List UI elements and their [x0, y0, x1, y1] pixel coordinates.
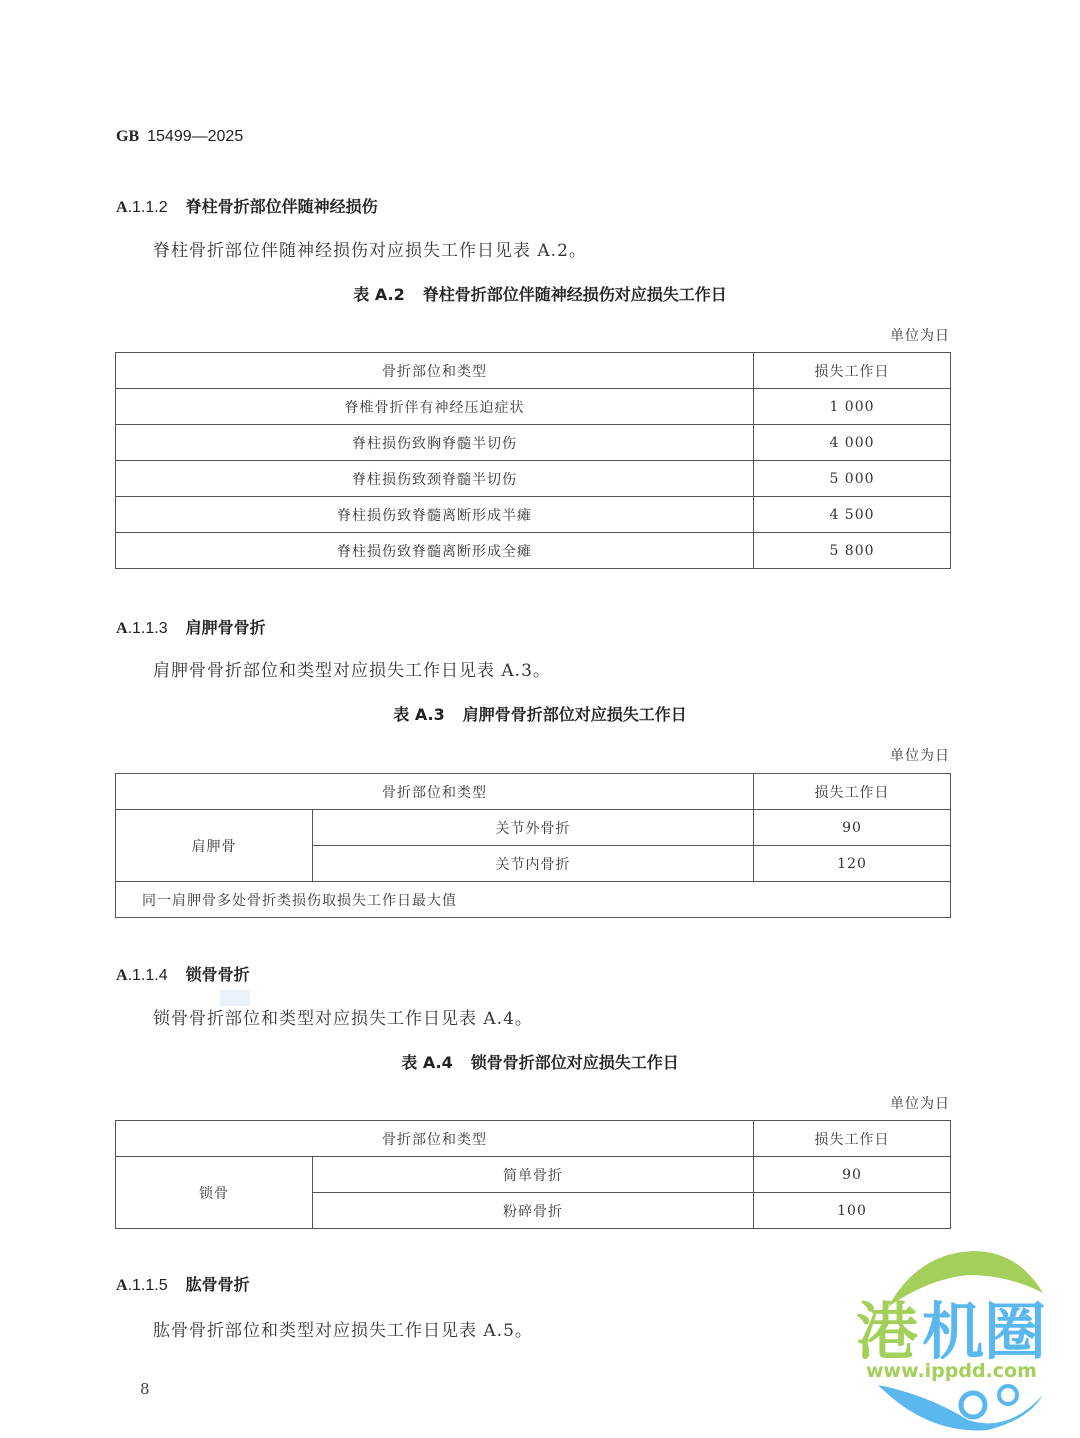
table-header-row: 骨折部位和类型 损失工作日	[116, 1121, 951, 1157]
table-row: 脊柱损伤致脊髓离断形成全瘫5 800	[116, 533, 951, 569]
page-number: 8	[140, 1380, 150, 1398]
table-title: 表 A.4锁骨骨折部位对应损失工作日	[0, 1050, 1080, 1073]
table-row: 脊柱损伤致脊髓离断形成半瘫4 500	[116, 497, 951, 533]
section-paragraph: 锁骨骨折部位和类型对应损失工作日见表 A.4。	[153, 1004, 533, 1029]
table-note-row: 同一肩胛骨多处骨折类损伤取损失工作日最大值	[116, 882, 951, 918]
table-row: 脊柱损伤致颈脊髓半切伤5 000	[116, 461, 951, 497]
table-row: 脊柱损伤致胸脊髓半切伤4 000	[116, 425, 951, 461]
svg-text:港: 港	[856, 1295, 918, 1368]
section-heading: A.1.1.3肩胛骨骨折	[116, 615, 266, 638]
section-heading: A.1.1.4锁骨骨折	[116, 962, 250, 985]
table-header-row: 骨折部位和类型 损失工作日	[116, 353, 951, 389]
ippdd-logo: 港 机圈 www.ippdd.com	[848, 1245, 1076, 1435]
table-unit: 单位为日	[890, 1093, 950, 1113]
section-heading: A.1.1.5肱骨骨折	[116, 1272, 250, 1295]
section-paragraph: 肩胛骨骨折部位和类型对应损失工作日见表 A.3。	[153, 656, 551, 681]
logo-graphic-icon: 港 机圈 www.ippdd.com	[848, 1245, 1076, 1435]
table-row: 肩胛骨 关节外骨折 90	[116, 810, 951, 846]
table-unit: 单位为日	[890, 745, 950, 765]
table-a2: 骨折部位和类型 损失工作日 脊椎骨折伴有神经压迫症状1 000 脊柱损伤致胸脊髓…	[115, 352, 951, 569]
section-heading: A.1.1.2脊柱骨折部位伴随神经损伤	[116, 194, 378, 217]
table-row: 脊椎骨折伴有神经压迫症状1 000	[116, 389, 951, 425]
svg-text:机圈: 机圈	[922, 1295, 1046, 1368]
section-paragraph: 肱骨骨折部位和类型对应损失工作日见表 A.5。	[153, 1316, 533, 1341]
table-title: 表 A.3肩胛骨骨折部位对应损失工作日	[0, 702, 1080, 725]
table-title: 表 A.2脊柱骨折部位伴随神经损伤对应损失工作日	[0, 282, 1080, 305]
svg-text:www.ippdd.com: www.ippdd.com	[866, 1360, 1037, 1382]
table-row: 锁骨 简单骨折 90	[116, 1157, 951, 1193]
table-header-row: 骨折部位和类型 损失工作日	[116, 774, 951, 810]
standard-code: GB15499—2025	[116, 128, 243, 146]
section-paragraph: 脊柱骨折部位伴随神经损伤对应损失工作日见表 A.2。	[153, 236, 587, 261]
table-a3: 骨折部位和类型 损失工作日 肩胛骨 关节外骨折 90 关节内骨折 120 同一肩…	[115, 773, 951, 918]
table-unit: 单位为日	[890, 325, 950, 345]
table-a4: 骨折部位和类型 损失工作日 锁骨 简单骨折 90 粉碎骨折 100	[115, 1120, 951, 1229]
